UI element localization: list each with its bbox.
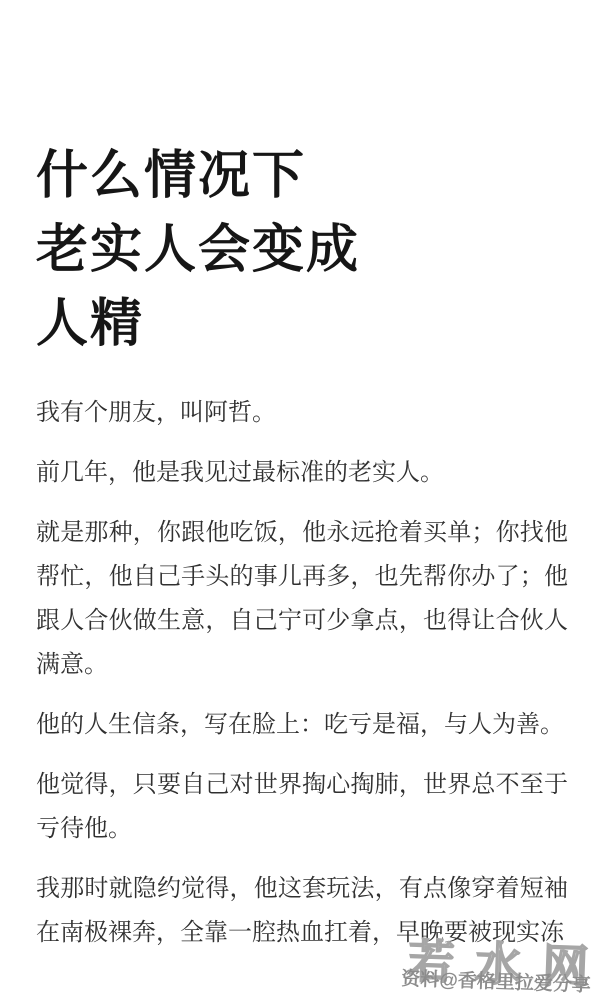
article-body: 我有个朋友，叫阿哲。 前几年，他是我见过最标准的老实人。 就是那种，你跟他吃饭，… (36, 391, 568, 955)
paragraph: 就是那种，你跟他吃饭，他永远抢着买单；你找他帮忙，他自己手头的事儿再多，也先帮你… (36, 511, 568, 687)
paragraph: 我那时就隐约觉得，他这套玩法，有点像穿着短袖在南极裸奔，全靠一腔热血扛着，早晚要… (36, 867, 568, 955)
paragraph: 我有个朋友，叫阿哲。 (36, 391, 568, 435)
paragraph: 他的人生信条，写在脸上：吃亏是福，与人为善。 (36, 703, 568, 747)
article-title: 什么情况下 老实人会变成 人精 (36, 139, 568, 361)
paragraph: 他觉得，只要自己对世界掏心掏肺，世界总不至于亏待他。 (36, 763, 568, 851)
article-page: 什么情况下 老实人会变成 人精 我有个朋友，叫阿哲。 前几年，他是我见过最标准的… (0, 0, 600, 1000)
article-content: 什么情况下 老实人会变成 人精 我有个朋友，叫阿哲。 前几年，他是我见过最标准的… (0, 0, 600, 955)
watermark-credit-line: 资料@香格里拉爱分享 (401, 964, 591, 998)
title-line: 老实人会变成 (36, 213, 568, 287)
title-line: 什么情况下 (36, 139, 568, 213)
paragraph: 前几年，他是我见过最标准的老实人。 (36, 451, 568, 495)
title-line: 人精 (36, 287, 568, 361)
